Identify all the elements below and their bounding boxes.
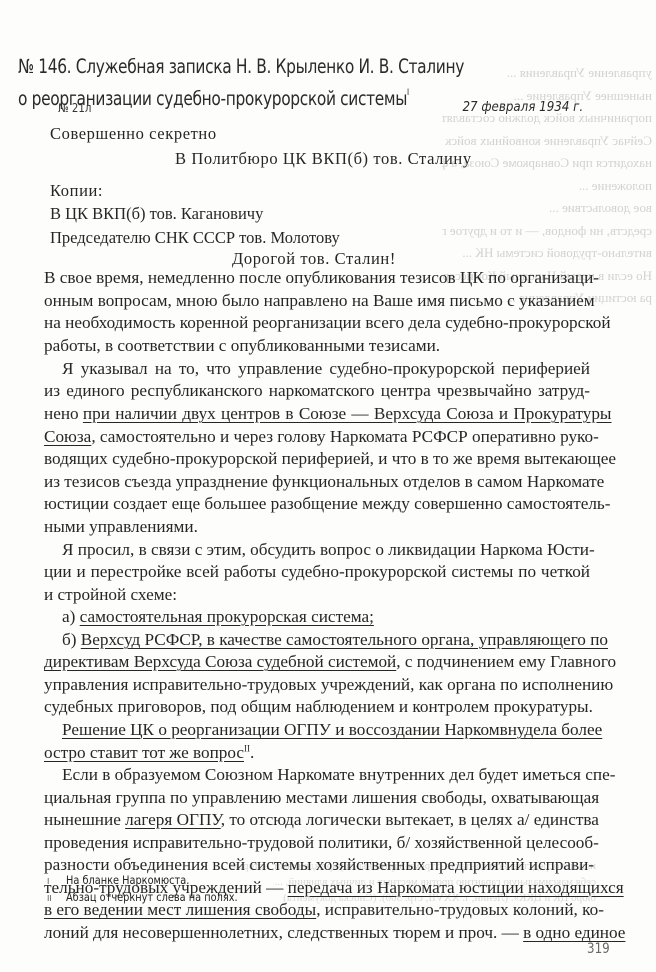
bleed-line: находится при Совнаркоме Союза, а фактич…: [442, 152, 652, 175]
underlined-text: передача из Наркомата юстиции находящихс…: [288, 878, 624, 897]
addressee: В Политбюро ЦК ВКП(б) тов. Сталину: [175, 149, 472, 169]
body-line: управления исправительно-трудовых учрежд…: [44, 675, 590, 695]
list-item-b: б) Верхсуд РСФСР, в качестве самостоятел…: [62, 630, 608, 650]
copies-label: Копии:: [50, 181, 103, 201]
body-line: из единого республиканского наркоматског…: [44, 381, 590, 401]
footnote-text: На бланке Наркомюста.: [66, 873, 189, 887]
body-line: циальная группа по управлению местами ли…: [44, 788, 590, 808]
list-marker: а): [62, 607, 80, 626]
body-line: судебных приговоров, под общим наблюдени…: [44, 697, 590, 717]
underlined-text: Союза: [44, 427, 91, 446]
body-line: и стройной схеме:: [44, 585, 590, 605]
body-line: на необходимость коренной реорганизации …: [44, 313, 590, 333]
page-number: 319: [587, 941, 610, 957]
underlined-text: директивам Верхсуда Союза судебной систе…: [44, 652, 396, 671]
classification-label: Совершенно секретно: [50, 124, 217, 144]
document-page: управление Управления ... нынешнее Управ…: [0, 0, 656, 972]
underlined-text: Верхсуд РСФСР, в качестве самостоятельно…: [81, 630, 608, 649]
body-line: нынешние лагеря ОГПУ, то отсюда логическ…: [44, 810, 599, 830]
underlined-text: в одно единое: [523, 923, 625, 942]
body-line: проведения исправительно-трудовой полити…: [44, 833, 590, 853]
list-item-a: а) самостоятельная прокурорская система;: [62, 607, 374, 627]
underlined-text: остро ставит тот же вопрос: [44, 743, 244, 762]
bleed-line: вое довольствие ...: [442, 197, 652, 220]
body-line: Я просил, в связи с этим, обсудить вопро…: [62, 540, 590, 560]
body-line: лоний для несовершеннолетних, следственн…: [44, 923, 625, 943]
salutation: Дорогой тов. Сталин!: [232, 249, 396, 269]
underlined-paragraph-line: Решение ЦК о реорганизации ОГПУ и воссоз…: [62, 720, 602, 740]
body-line: водящих судебно-прокурорской периферией,…: [44, 449, 590, 469]
document-number: № 21л: [58, 101, 91, 115]
body-line: работы, в соответствии с опубликованными…: [44, 336, 590, 356]
body-line: из тезисов съезда упразднение функционал…: [44, 472, 590, 492]
list-marker: б): [62, 630, 81, 649]
body-text: , то отсюда логически вытекает, в целях …: [221, 810, 599, 829]
underlined-text: при наличии двух центров в Союзе — Верхс…: [83, 404, 612, 423]
bleed-line: вительно-трудовой системы НК ...: [442, 242, 652, 265]
body-text: , исправительно-трудовых колоний, ко-: [316, 900, 604, 919]
bleed-line: средств, ни фондов, — и то и другое прих…: [442, 220, 652, 243]
copy-recipient-2: Председателю СНК СССР тов. Молотову: [50, 228, 340, 248]
body-line: разности объединения всей системы хозяйс…: [44, 855, 590, 875]
body-text: , самостоятельно и через голову Наркомат…: [91, 427, 599, 446]
copy-recipient-1: В ЦК ВКП(б) тов. Кагановичу: [50, 204, 263, 224]
heading-line-1: № 146. Служебная записка Н. В. Крыленко …: [18, 53, 476, 80]
body-line: ными управлениями.: [44, 517, 590, 537]
body-text: .: [250, 743, 254, 762]
body-line: В свое время, немедленно после опубликов…: [44, 268, 590, 288]
body-line: онным вопросам, мною было направлено на …: [44, 291, 590, 311]
body-text: , с подчинением ему Главного: [396, 652, 616, 671]
body-line: директивам Верхсуда Союза судебной систе…: [44, 652, 616, 672]
footnote-mark: II: [47, 894, 52, 903]
body-line: юстиции создает еще большее разобщение м…: [44, 494, 590, 514]
footnote-ref-1: I: [407, 88, 409, 98]
body-line: ции и перестройке всей работы судебно-пр…: [44, 562, 590, 582]
body-line: Если в образуемом Союзном Наркомате внут…: [62, 765, 590, 785]
bleed-line: Сейчас Управление конвойных войск беспри…: [442, 130, 652, 153]
footnote-mark: I: [47, 877, 49, 886]
body-text: лоний для несовершеннолетних, следственн…: [44, 923, 523, 942]
footnote-text: Абзац отчеркнут слева на полях.: [66, 890, 238, 904]
body-line: Я указывал на то, что управление судебно…: [62, 359, 590, 379]
body-line: остро ставит тот же вопросII.: [44, 743, 254, 763]
body-text: нено: [44, 404, 83, 423]
body-line: Союза, самостоятельно и через голову Нар…: [44, 427, 599, 447]
document-date: 27 февраля 1934 г.: [462, 99, 583, 115]
body-text: нынешние: [44, 810, 125, 829]
underlined-text: лагеря ОГПУ: [125, 810, 221, 829]
underlined-text: самостоятельная прокурорская система;: [80, 607, 374, 626]
bleed-line: положение ...: [442, 175, 652, 198]
body-line: нено при наличии двух центров в Союзе — …: [44, 404, 611, 424]
